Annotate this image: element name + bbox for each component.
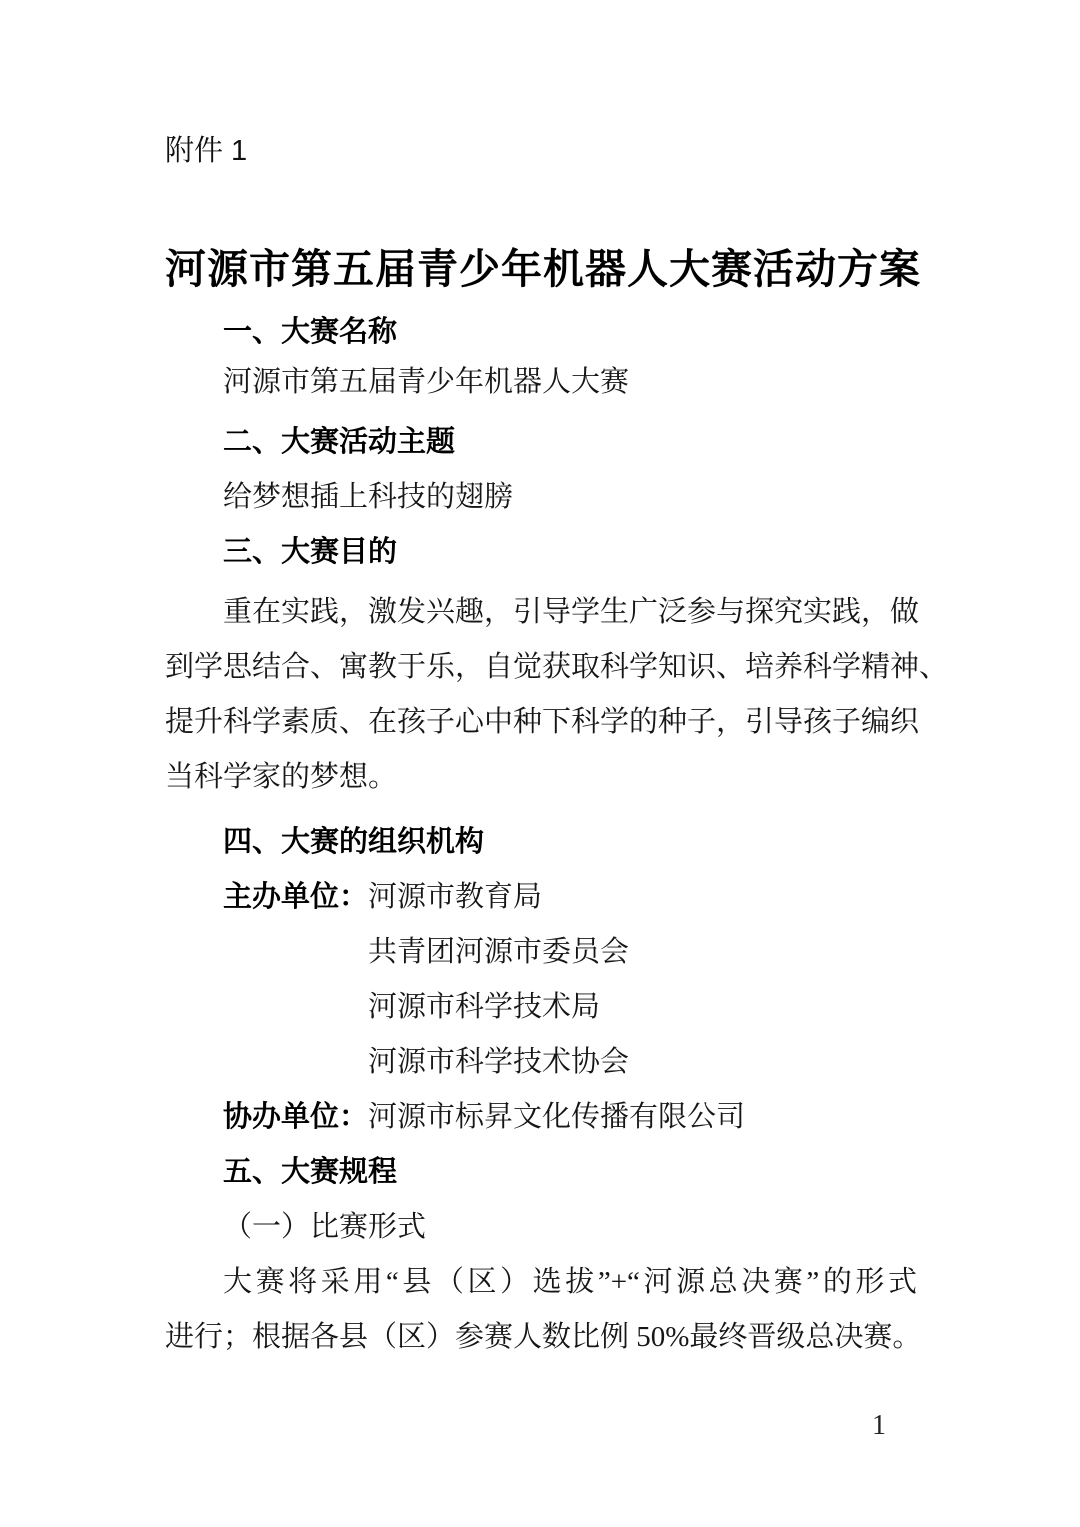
co-organizer-label: 协办单位： bbox=[165, 1096, 368, 1138]
page-number: 1 bbox=[872, 1408, 886, 1444]
purpose-line-1: 重在实践，激发兴趣，引导学生广泛参与探究实践，做 bbox=[165, 591, 917, 633]
host-organizer-row: 主办单位：河源市教育局 bbox=[165, 876, 917, 918]
section-heading-rules: 五、大赛规程 bbox=[165, 1151, 917, 1193]
document-title: 河源市第五届青少年机器人大赛活动方案 bbox=[165, 243, 917, 295]
host-organizer-item-4: 河源市科学技术协会 bbox=[368, 1041, 917, 1083]
theme-text: 给梦想插上科技的翅膀 bbox=[165, 476, 917, 518]
purpose-line-4: 当科学家的梦想。 bbox=[165, 756, 917, 798]
host-organizer-item-2: 共青团河源市委员会 bbox=[368, 931, 917, 973]
attachment-label: 附件 1 bbox=[165, 130, 247, 172]
format-line-2: 进行；根据各县（区）参赛人数比例 50%最终晋级总决赛。 bbox=[165, 1316, 917, 1358]
host-organizer-item-1: 河源市教育局 bbox=[368, 881, 542, 913]
co-organizer-row: 协办单位：河源市标昇文化传播有限公司 bbox=[165, 1096, 917, 1138]
rules-subheading-format: （一）比赛形式 bbox=[165, 1206, 917, 1248]
competition-name-text: 河源市第五届青少年机器人大赛 bbox=[165, 361, 917, 403]
purpose-line-3: 提升科学素质、在孩子心中种下科学的种子，引导孩子编织 bbox=[165, 701, 917, 743]
section-heading-theme: 二、大赛活动主题 bbox=[165, 421, 917, 463]
host-organizer-item-3: 河源市科学技术局 bbox=[368, 986, 917, 1028]
document-page: 附件 1 河源市第五届青少年机器人大赛活动方案 一、大赛名称 河源市第五届青少年… bbox=[0, 0, 1080, 1527]
host-organizer-label: 主办单位： bbox=[165, 876, 368, 918]
section-heading-competition-name: 一、大赛名称 bbox=[165, 311, 917, 353]
section-heading-purpose: 三、大赛目的 bbox=[165, 531, 917, 573]
co-organizer-item: 河源市标昇文化传播有限公司 bbox=[368, 1101, 745, 1133]
section-heading-organization: 四、大赛的组织机构 bbox=[165, 821, 917, 863]
purpose-line-2: 到学思结合、寓教于乐，自觉获取科学知识、培养科学精神、 bbox=[165, 646, 917, 688]
format-line-1: 大赛将采用“县（区）选拔”+“河源总决赛”的形式 bbox=[165, 1261, 917, 1303]
